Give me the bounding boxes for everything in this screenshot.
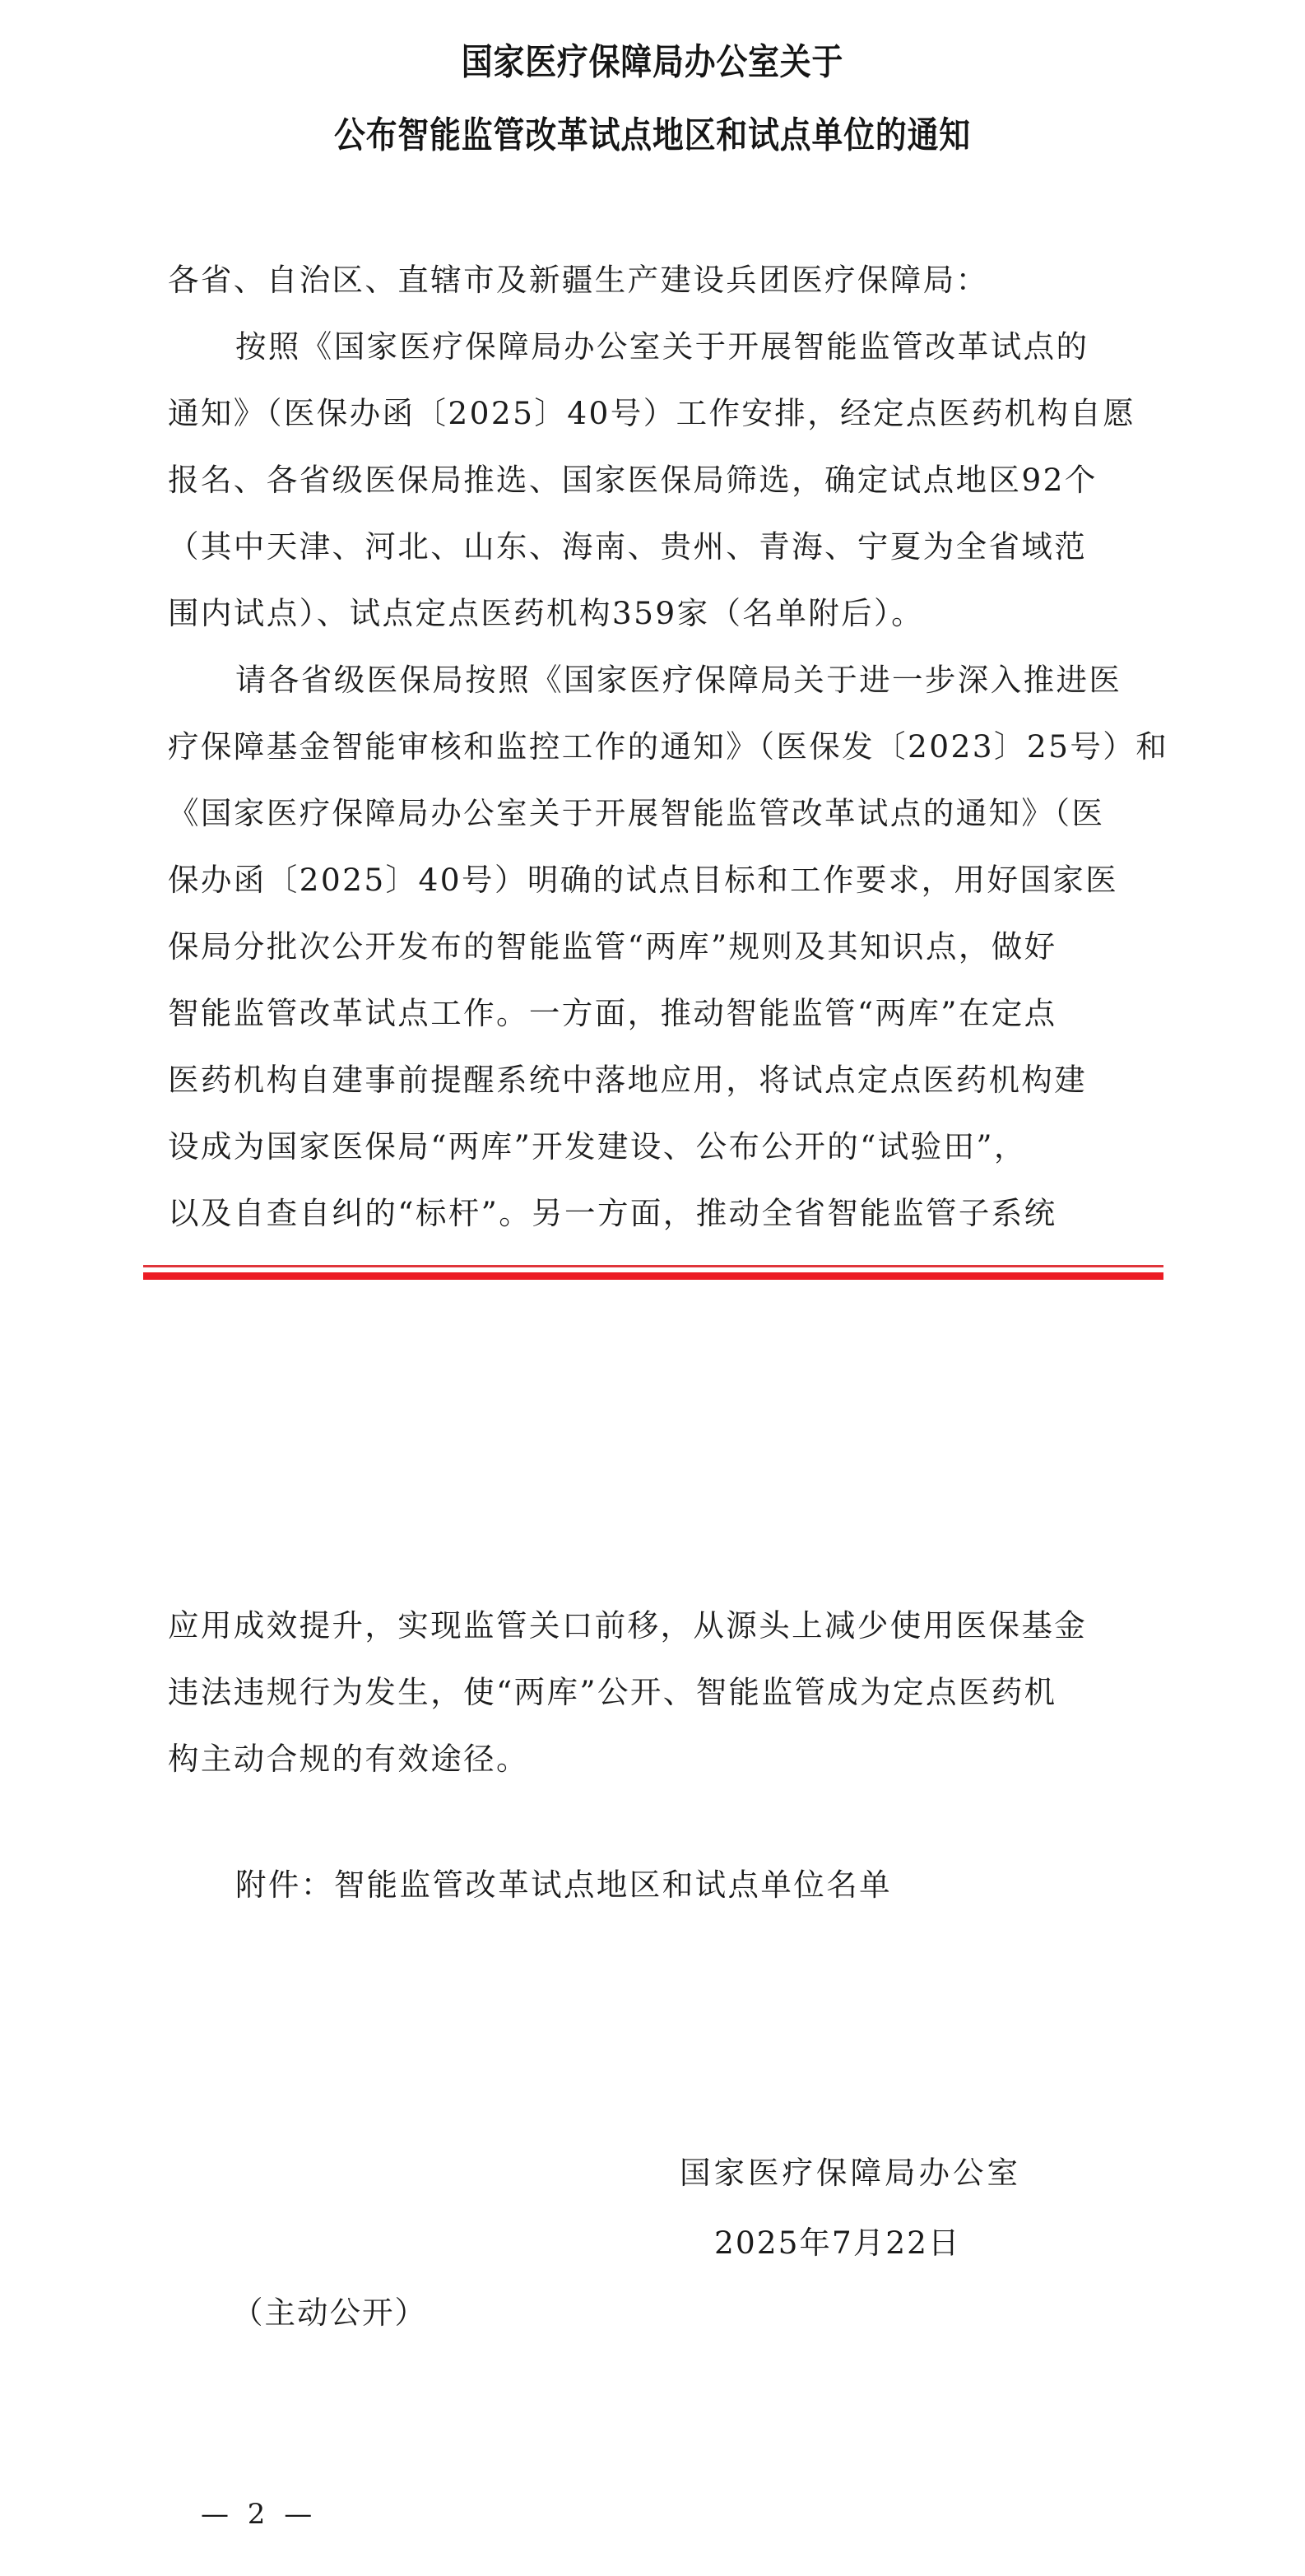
red-divider-thick (143, 1272, 1163, 1280)
paragraph-2-line: 设成为国家医保局“两库”开发建设、公布公开的“试验田”， (168, 1114, 1144, 1180)
page-number: — 2 — (201, 2494, 317, 2535)
paragraph-2-line: 智能监管改革试点工作。一方面，推动智能监管“两库”在定点 (168, 980, 1144, 1047)
paragraph-2-continued-line: 构主动合规的有效途径。 (168, 1726, 1144, 1793)
red-divider-thin (143, 1265, 1163, 1267)
paragraph-1-line: 报名、各省级医保局推选、国家医保局筛选，确定试点地区92个 (168, 447, 1144, 514)
paragraph-1-line: 通知》（医保办函〔2025〕40号）工作安排，经定点医药机构自愿 (168, 380, 1144, 447)
paragraph-2-line: 以及自查自纠的“标杆”。另一方面，推动全省智能监管子系统 (168, 1180, 1144, 1247)
paragraph-2-line: 《国家医疗保障局办公室关于开展智能监管改革试点的通知》（医 (168, 780, 1144, 847)
issue-date: 2025年7月22日 (714, 2220, 961, 2266)
document-body-top: 各省、自治区、直辖市及新疆生产建设兵团医疗保障局： 按照《国家医疗保障局办公室关… (168, 247, 1144, 1247)
document-title-line-2: 公布智能监管改革试点地区和试点单位的通知 (91, 113, 1214, 159)
salutation: 各省、自治区、直辖市及新疆生产建设兵团医疗保障局： (168, 247, 1144, 314)
paragraph-1-line: 围内试点）、试点定点医药机构359家（名单附后）。 (168, 580, 1144, 647)
paragraph-2-line: 保局分批次公开发布的智能监管“两库”规则及其知识点，做好 (168, 914, 1144, 980)
paragraph-2-continued-line: 应用成效提升，实现监管关口前移，从源头上减少使用医保基金 (168, 1593, 1144, 1659)
paragraph-2-continued-line: 违法违规行为发生，使“两库”公开、智能监管成为定点医药机 (168, 1659, 1144, 1726)
document-body-continued: 应用成效提升，实现监管关口前移，从源头上减少使用医保基金 违法违规行为发生，使“… (168, 1593, 1144, 1793)
paragraph-2-line: 疗保障基金智能审核和监控工作的通知》（医保发〔2023〕25号）和 (168, 714, 1144, 780)
disclosure-status: （主动公开） (232, 2290, 427, 2336)
attachment-note: 附件：智能监管改革试点地区和试点单位名单 (235, 1862, 892, 1908)
paragraph-2-line: 请各省级医保局按照《国家医疗保障局关于进一步深入推进医 (168, 647, 1144, 714)
paragraph-2-line: 保办函〔2025〕40号）明确的试点目标和工作要求，用好国家医 (168, 847, 1144, 914)
paragraph-1-line: （其中天津、河北、山东、海南、贵州、青海、宁夏为全省域范 (168, 514, 1144, 580)
paragraph-1-line: 按照《国家医疗保障局办公室关于开展智能监管改革试点的 (168, 314, 1144, 380)
document-title-line-1: 国家医疗保障局办公室关于 (91, 40, 1214, 86)
paragraph-2-line: 医药机构自建事前提醒系统中落地应用，将试点定点医药机构建 (168, 1047, 1144, 1114)
issuer-signature: 国家医疗保障局办公室 (680, 2150, 1021, 2196)
